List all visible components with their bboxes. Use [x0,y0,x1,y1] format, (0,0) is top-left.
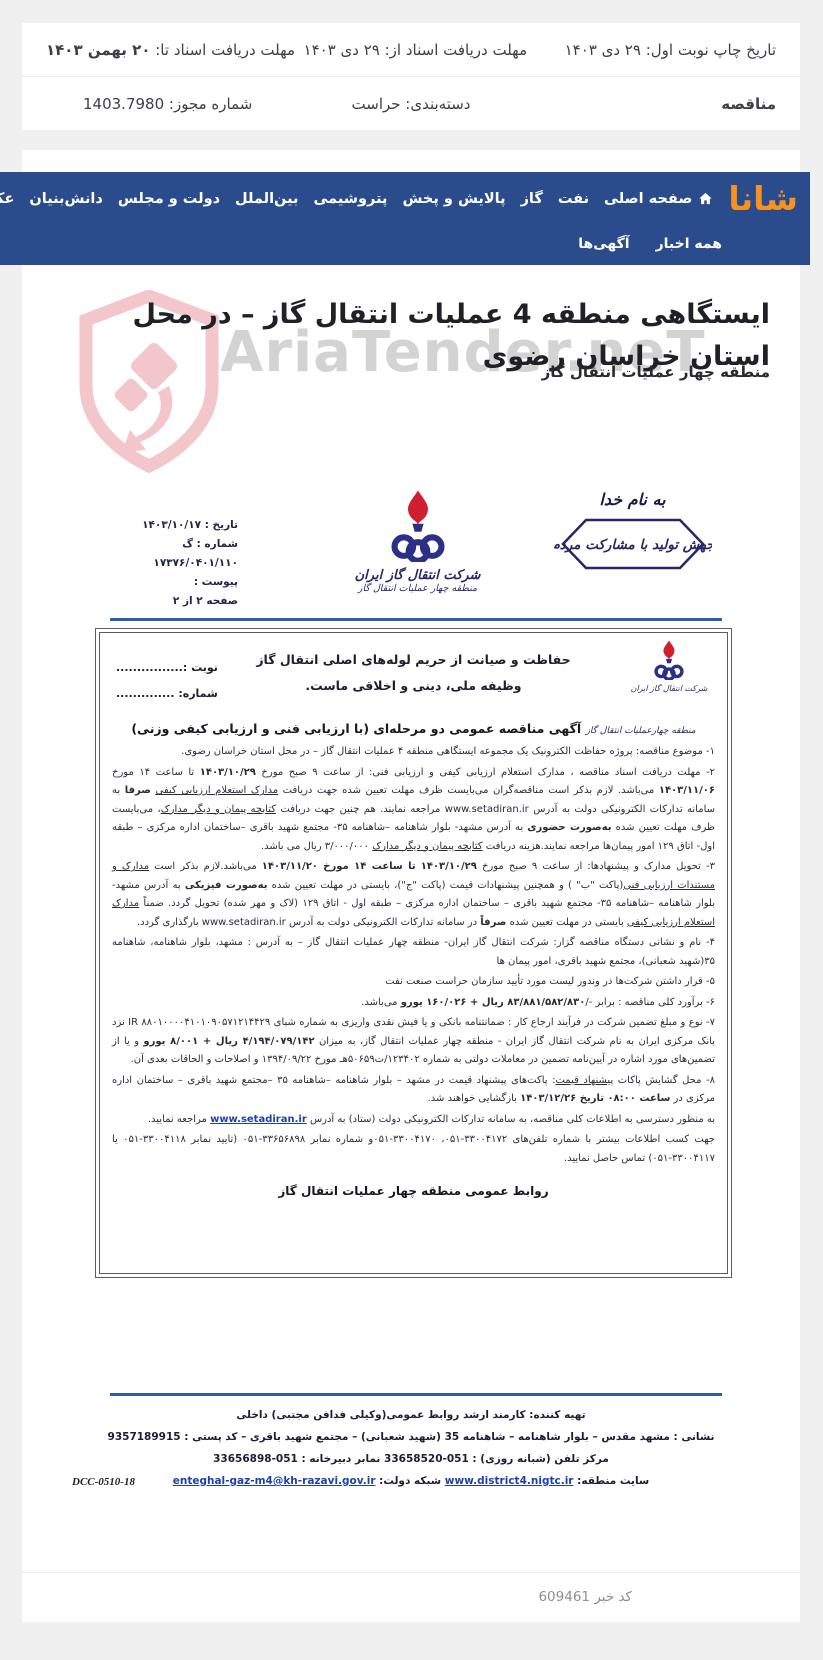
company-name: شرکت انتقال گاز ایران [308,568,528,583]
ad-header: شرکت انتقال گاز ایران حفاظت و صیانت از ح… [112,639,715,721]
subnav-ads[interactable]: آگهی‌ها [578,236,629,252]
ad-logo-block: شرکت انتقال گاز ایران [623,639,715,694]
docs-receive-until: مهلت دریافت اسناد تا: ۲۰ بهمن ۱۴۰۳ [46,41,295,59]
ad-item-6: ۶- برآورد کلی مناقصه : برابر -/۸۳/۸۸۱/۵۸… [112,994,715,1013]
docs-receive-from: مهلت دریافت اسناد از: ۲۹ دی ۱۴۰۳ [295,41,535,59]
ad-item-9: به منظور دسترسی به اطلاعات کلی مناقصه، ب… [112,1111,715,1130]
ad-item-2: ۲- مهلت دریافت اسناد مناقصه ، مدارک استع… [112,764,715,857]
nav-item-gaz[interactable]: گاز [521,191,543,207]
license-number: شماره مجوز: 1403.7980 [46,95,289,113]
ad-slogan-2: وظیفه ملی، دینی و اخلاقی ماست. [256,673,570,699]
nav-item-palayesh[interactable]: پالایش و پخش [402,191,505,207]
meta-row-category: مناقصه دسته‌بندی: حراست شماره مجوز: 1403… [22,76,800,130]
letterhead-center: شرکت انتقال گاز ایران منطقه چهار عملیات … [308,488,528,594]
ad-item-10: جهت کسب اطلاعات بیشتر با شماره تلفن‌های … [112,1131,715,1168]
basmala-text: به نام خدا [545,490,720,509]
letter-attachment: پیوست : [113,573,238,592]
footer-dcc-code: DCC-0510-18 [72,1471,135,1493]
nav-item-petroshimi[interactable]: پتروشیمی [313,191,387,207]
page: { "meta_table": { "row1": [ [{"t":"تاریخ… [0,0,823,1660]
article-card: AriaTender.neT ایستگاهی منطقه 4 عملیات ا… [22,150,800,1622]
ad-issue-fields: نوبت :................ شماره: ..........… [116,655,218,707]
letterhead-divider [110,618,722,621]
tender-ad-box: شرکت انتقال گاز ایران حفاظت و صیانت از ح… [95,628,732,1278]
nigc-logo-small-icon [652,639,686,680]
letter-date: تاریخ : ۱۴۰۳/۱۰/۱۷ [113,516,238,535]
print-date: تاریخ چاپ نوبت اول: ۲۹ دی ۱۴۰۳ [536,41,776,59]
ad-signature: روابط عمومی منطقه چهار عملیات انتقال گاز [112,1184,715,1198]
ad-item-1: ۱- موضوع مناقصه: پروژه حفاظت الکترونیک ی… [112,743,715,762]
letter-number: شماره : گ ۱۷۳۷۶/۰۴۰۱/۱۱۰ [113,535,238,573]
home-icon [698,191,713,206]
ad-item-4: ۴- نام و نشانی دستگاه مناقصه گزار: شرکت … [112,934,715,971]
footer-phones: مرکز تلفن (شبانه روزی) : 051-33658520 نم… [42,1448,780,1470]
nav-item-aks[interactable]: عکس [0,191,14,207]
tender-meta-card: تاریخ چاپ نوبت اول: ۲۹ دی ۱۴۰۳ مهلت دریا… [22,23,800,130]
news-code: کد خبر 609461 [538,1589,632,1605]
doc-footer: تهیه کننده: کارمند ارشد روابط عمومی(وکیل… [42,1404,780,1492]
ad-item-7: ۷- نوع و مبلغ تضمین شرکت در فرآیند ارجاع… [112,1014,715,1070]
navbar-main-row: شانا صفحه اصلی نفت گاز پالایش و پخش پترو… [0,172,810,225]
footer-preparer: تهیه کننده: کارمند ارشد روابط عمومی(وکیل… [42,1404,780,1426]
footer-links: سایت منطقه: www.district4.nigtc.ir شبکه … [42,1470,780,1492]
shana-navbar: شانا صفحه اصلی نفت گاز پالایش و پخش پترو… [0,172,810,265]
category: دسته‌بندی: حراست [289,95,532,113]
letterhead: به نام خدا جهش تولید با مشارکت مردم شرکت… [95,488,740,618]
footer-address: نشانی : مشهد مقدس – بلوار شاهنامه – شاهن… [42,1426,780,1448]
nav-item-dolat-majles[interactable]: دولت و مجلس [118,191,220,207]
ad-item-8: ۸- محل گشایش پاکات پیشنهاد قیمت: پاکت‌ها… [112,1072,715,1109]
page-subtitle: منطقه چهار عملیات انتقال گاز [542,363,770,381]
ad-item-3: ۳- تحویل مدارک و پیشنهادها: از ساعت ۹ صب… [112,858,715,932]
ad-title-prefix: منطقه چهارعملیات انتقال گاز [586,726,696,736]
navbar-sub-row: همه اخبار آگهی‌ها [0,225,810,263]
nav-item-danesh-bonyan[interactable]: دانش‌بنیان [29,191,102,207]
tender-ad-inner: شرکت انتقال گاز ایران حفاظت و صیانت از ح… [99,632,728,1274]
footer-links-text[interactable]: سایت منطقه: www.district4.nigtc.ir شبکه … [173,1475,650,1487]
shana-logo[interactable]: شانا [728,182,798,215]
ad-logo-caption: شرکت انتقال گاز ایران [623,684,715,694]
subnav-all-news[interactable]: همه اخبار [656,236,722,252]
ad-slogans: حفاظت و صیانت از حریم لوله‌های اصلی انتق… [256,647,570,699]
nav-item-naft[interactable]: نفت [558,191,589,207]
tender-type: مناقصه [533,95,776,113]
letterhead-right: به نام خدا جهش تولید با مشارکت مردم [545,490,720,577]
letter-page: صفحه ۲ از ۲ [113,592,238,611]
ad-item-5: ۵- قرار داشتن شرکت‌ها در وندور لیست مورد… [112,973,715,992]
stamp-text: جهش تولید با مشارکت مردم [554,537,712,553]
ad-title-text: آگهی مناقصه عمومی دو مرحله‌ای (با ارزیاب… [131,721,581,736]
ad-title: منطقه چهارعملیات انتقال گاز آگهی مناقصه … [112,721,715,736]
ad-number-line: شماره: .............. [116,681,218,707]
nav-item-beynolmelal[interactable]: بین‌الملل [235,191,298,207]
ad-nobat-line: نوبت :................ [116,655,218,681]
ad-slogan-1: حفاظت و صیانت از حریم لوله‌های اصلی انتق… [256,647,570,673]
footer-divider [110,1393,722,1396]
slogan-stamp: جهش تولید با مشارکت مردم [554,515,712,573]
news-code-row: کد خبر 609461 [22,1572,800,1623]
meta-row-dates: تاریخ چاپ نوبت اول: ۲۹ دی ۱۴۰۳ مهلت دریا… [22,23,800,76]
region-name: منطقه چهار عملیات انتقال گاز [308,583,528,594]
nav-item-home[interactable]: صفحه اصلی [604,191,713,207]
nigc-logo-icon [387,488,449,562]
letterhead-meta: تاریخ : ۱۴۰۳/۱۰/۱۷ شماره : گ ۱۷۳۷۶/۰۴۰۱/… [113,516,238,611]
